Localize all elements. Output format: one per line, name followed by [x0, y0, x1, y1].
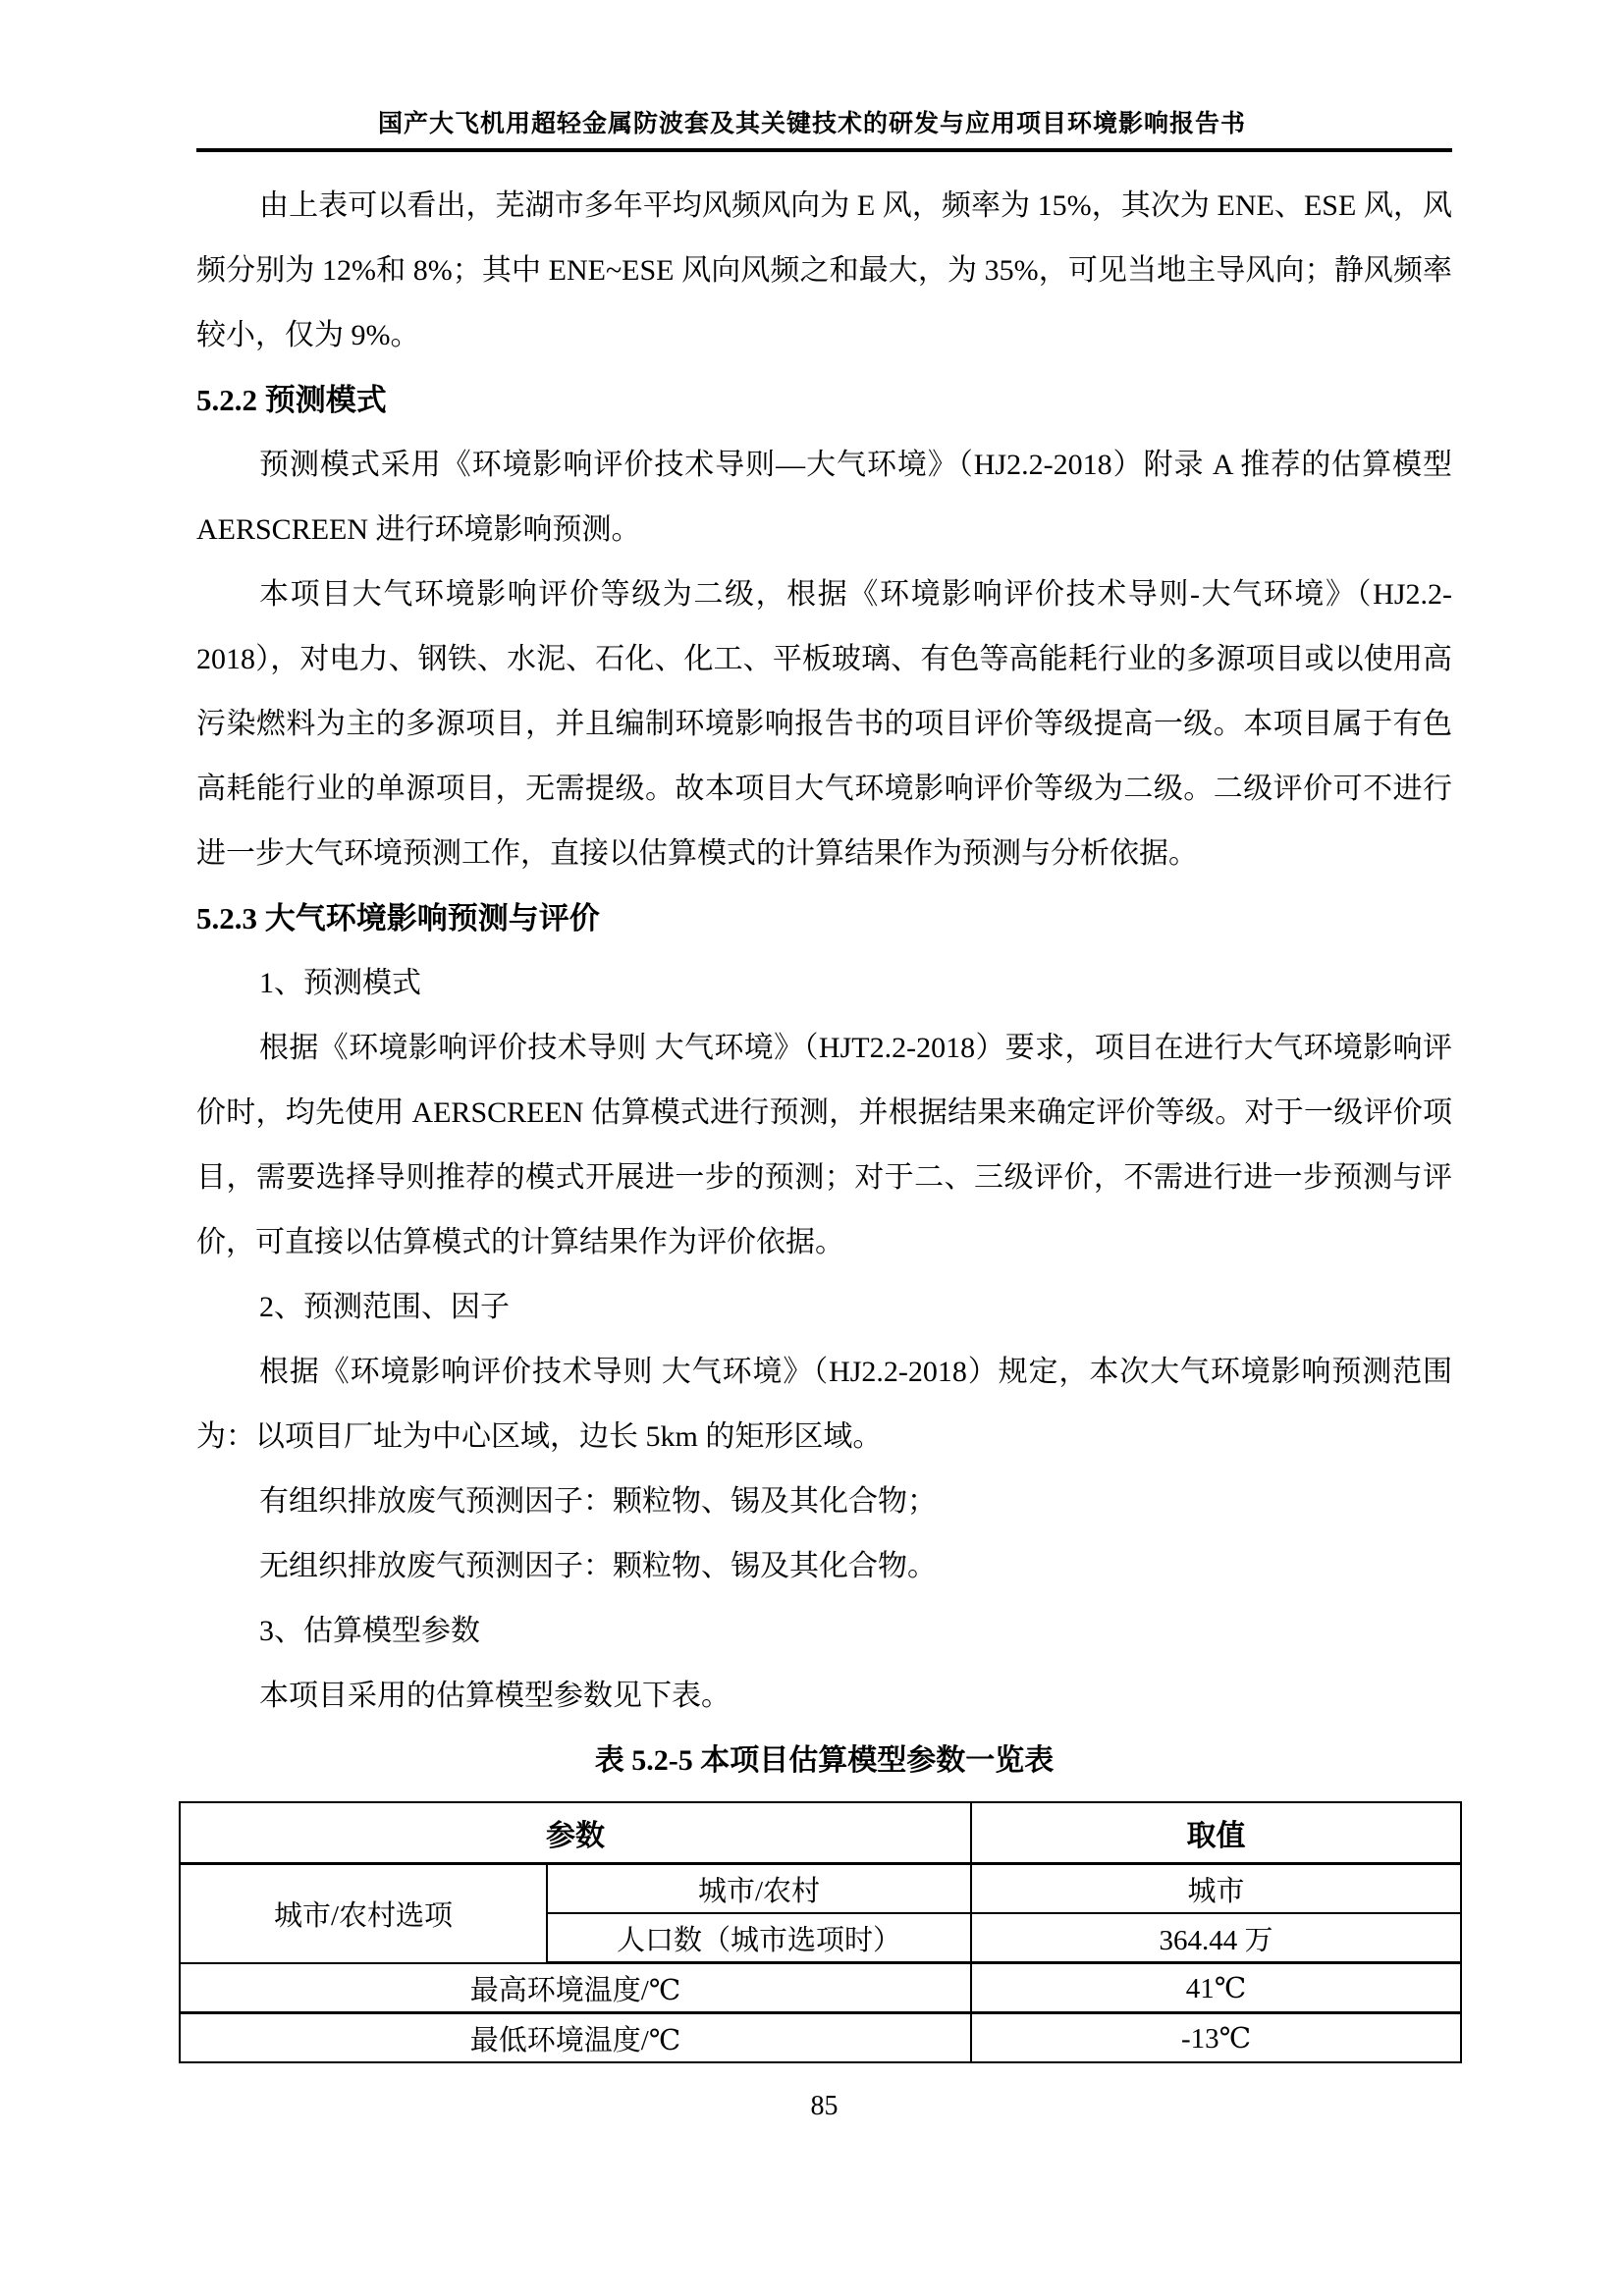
paragraph-unorganized-emission-factors: 无组织排放废气预测因子：颗粒物、锡及其化合物。 [196, 1534, 1452, 1599]
paragraph-prediction-model: 预测模式采用《环境影响评价技术导则—大气环境》（HJ2.2-2018）附录 A … [196, 433, 1452, 562]
table-header-value: 取值 [971, 1802, 1461, 1864]
paragraph-prediction-mode-detail: 根据《环境影响评价技术导则 大气环境》（HJT2.2-2018）要求，项目在进行… [196, 1016, 1452, 1275]
heading-5-2-2: 5.2.2 预测模式 [196, 368, 1452, 433]
table-row-urban-rural: 城市/农村选项 城市/农村 城市 [180, 1864, 1461, 1914]
document-body: 由上表可以看出，芜湖市多年平均风频风向为 E 风，频率为 15%，其次为 ENE… [196, 174, 1452, 2122]
table-cell-group-label: 城市/农村选项 [180, 1864, 547, 1963]
table-title: 表 5.2-5 本项目估算模型参数一览表 [196, 1729, 1452, 1793]
page-header: 国产大飞机用超轻金属防波套及其关键技术的研发与应用项目环境影响报告书 [0, 0, 1624, 152]
table-header-row: 参数 取值 [180, 1802, 1461, 1864]
list-item-3-model-parameters: 3、估算模型参数 [196, 1599, 1452, 1664]
page-number: 85 [196, 2091, 1452, 2122]
header-title: 国产大飞机用超轻金属防波套及其关键技术的研发与应用项目环境影响报告书 [0, 0, 1624, 139]
list-item-2-scope-factors: 2、预测范围、因子 [196, 1275, 1452, 1340]
paragraph-table-intro: 本项目采用的估算模型参数见下表。 [196, 1664, 1452, 1729]
table-cell-urban-rural-label: 城市/农村 [547, 1864, 971, 1914]
table-row-max-temperature: 最高环境温度/℃ 41℃ [180, 1963, 1461, 2013]
table-cell-population-value: 364.44 万 [971, 1913, 1461, 1963]
table-cell-urban-rural-value: 城市 [971, 1864, 1461, 1914]
table-cell-min-temp-value: -13℃ [971, 2013, 1461, 2063]
document-page: 国产大飞机用超轻金属防波套及其关键技术的研发与应用项目环境影响报告书 由上表可以… [0, 0, 1624, 2296]
paragraph-organized-emission-factors: 有组织排放废气预测因子：颗粒物、锡及其化合物； [196, 1469, 1452, 1534]
table-header-param: 参数 [180, 1802, 971, 1864]
table-cell-max-temp-value: 41℃ [971, 1963, 1461, 2013]
paragraph-evaluation-grade: 本项目大气环境影响评价等级为二级，根据《环境影响评价技术导则-大气环境》（HJ2… [196, 562, 1452, 886]
table-cell-max-temp-label: 最高环境温度/℃ [180, 1963, 971, 2013]
table-cell-population-label: 人口数（城市选项时） [547, 1913, 971, 1963]
header-rule [196, 148, 1452, 152]
paragraph-prediction-scope: 根据《环境影响评价技术导则 大气环境》（HJ2.2-2018）规定，本次大气环境… [196, 1340, 1452, 1469]
table-row-min-temperature: 最低环境温度/℃ -13℃ [180, 2013, 1461, 2063]
parameter-table: 参数 取值 城市/农村选项 城市/农村 城市 人口数（城市选项时） 364.44… [179, 1801, 1462, 2063]
heading-5-2-3: 5.2.3 大气环境影响预测与评价 [196, 886, 1452, 951]
list-item-1-prediction-mode: 1、预测模式 [196, 951, 1452, 1016]
table-cell-min-temp-label: 最低环境温度/℃ [180, 2013, 971, 2063]
paragraph-wind-frequency: 由上表可以看出，芜湖市多年平均风频风向为 E 风，频率为 15%，其次为 ENE… [196, 174, 1452, 368]
